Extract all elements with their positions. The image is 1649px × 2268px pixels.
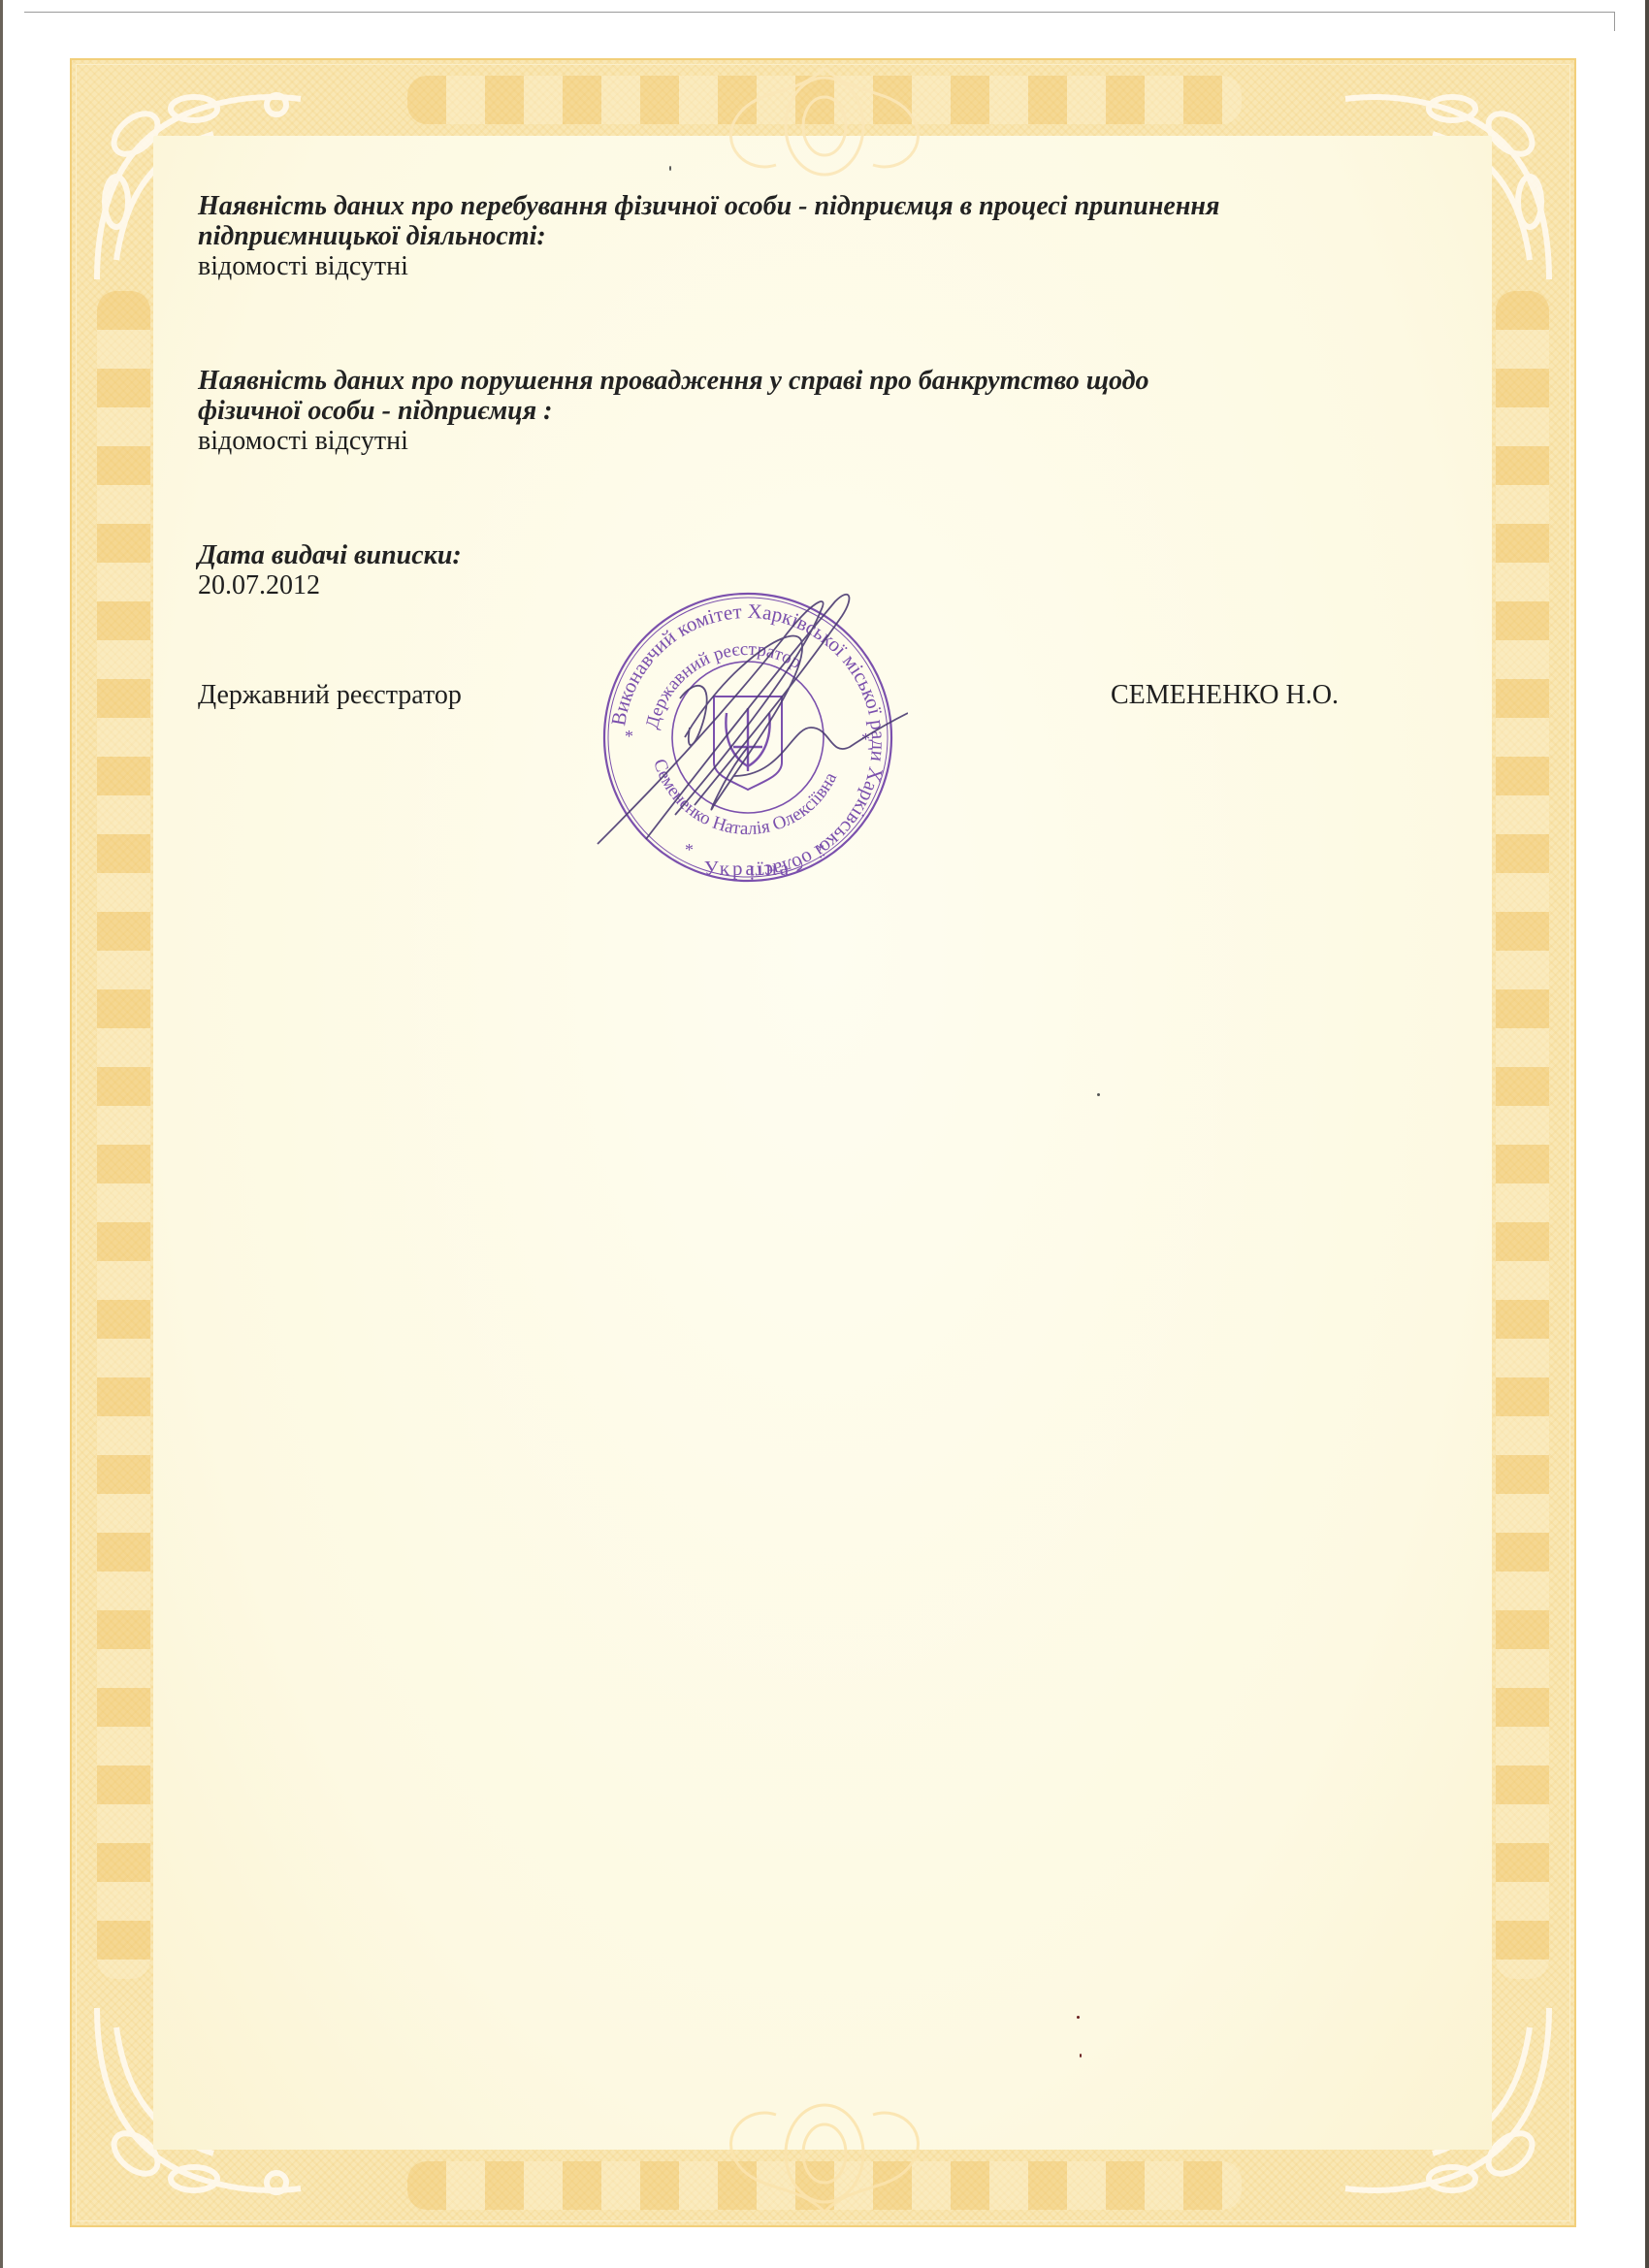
stamp-bottom-text: Україна [704,857,792,880]
official-stamp-icon: Виконавчий комітет Харківської міської р… [588,582,908,902]
svg-text:*: * [625,727,633,746]
section-heading-line: Наявність даних про порушення провадженн… [198,366,1478,396]
scan-speck [669,166,671,171]
section-heading-line: фізичної особи - підприємця : [198,396,1478,426]
svg-text:*: * [816,840,824,859]
section-value: відомості відсутні [198,251,1478,281]
frame-wave-pattern-bottom [407,2161,1242,2210]
section-value: відомості відсутні [198,426,1478,456]
scan-edge-left [0,0,3,2268]
scan-speck [1097,1093,1100,1096]
registrar-name: СЕМЕНЕНКО Н.О. [1111,680,1339,710]
section-heading-line: підприємницької діяльності: [198,221,1478,251]
section-heading-line: Наявність даних про перебування фізичної… [198,191,1478,221]
registrar-title: Державний реєстратор [198,680,462,710]
scan-speck [1077,2016,1080,2019]
frame-wave-pattern-top [407,76,1242,124]
section-termination-status: Наявність даних про перебування фізичної… [198,191,1478,281]
scan-edge-right [1645,0,1649,2268]
scan-top-line [24,12,1615,13]
scan-tick-mark [1614,12,1615,31]
scan-speck [1080,2054,1082,2057]
frame-wave-pattern-left [97,291,150,1979]
frame-wave-pattern-right [1496,291,1549,1979]
section-bankruptcy-status: Наявність даних про порушення провадженн… [198,366,1478,456]
section-heading-line: Дата видачі виписки: [198,540,1478,570]
svg-text:*: * [685,840,694,859]
